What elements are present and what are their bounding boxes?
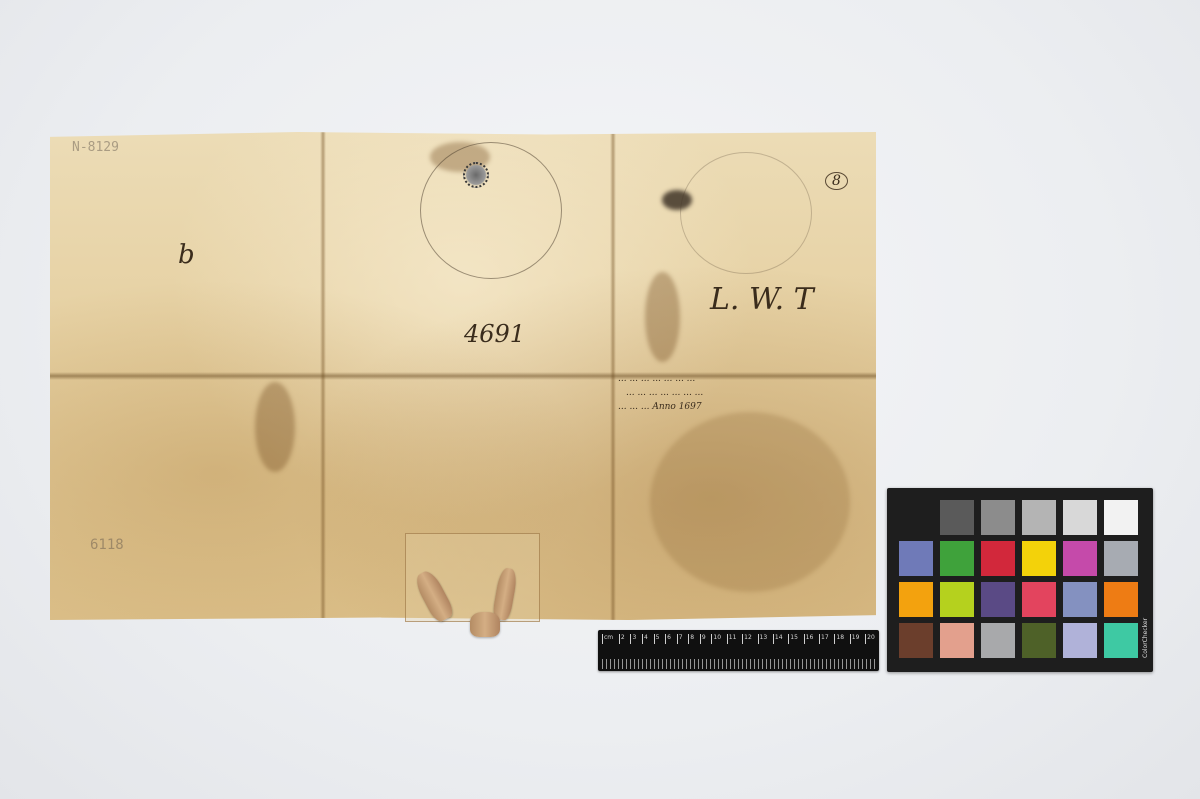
ruler-tick: 17 xyxy=(819,634,829,644)
color-checker-card: ColorChecker xyxy=(887,488,1153,672)
ruler-tick: 4 xyxy=(642,634,648,644)
fold-line xyxy=(50,372,876,380)
color-patch xyxy=(981,541,1015,576)
ruler-tick: cm xyxy=(602,634,613,644)
endorsement: ... ... ... ... ... ... ... ... ... ... … xyxy=(618,372,702,414)
stain xyxy=(650,412,850,592)
color-patch xyxy=(1104,582,1138,617)
archive-stamp-icon xyxy=(463,162,489,188)
ruler-tick: 18 xyxy=(834,634,844,644)
color-patch xyxy=(940,541,974,576)
ruler-tick: 12 xyxy=(742,634,752,644)
color-patch xyxy=(1022,582,1056,617)
color-patch xyxy=(1022,500,1056,535)
ruler-tick: 7 xyxy=(677,634,683,644)
color-patch xyxy=(940,582,974,617)
color-patch xyxy=(1063,500,1097,535)
water-stain xyxy=(255,382,295,472)
color-patch xyxy=(940,623,974,658)
ruler-scale: cm 2 3 4 5 6 7 8 9 10 11 12 13 14 15 16 … xyxy=(602,634,875,646)
seal-impression xyxy=(680,152,812,274)
ruler-tick: 14 xyxy=(773,634,783,644)
color-patch xyxy=(940,500,974,535)
letter-mark: b xyxy=(178,240,195,270)
endorsement-line: ... ... ... Anno 1697 xyxy=(618,400,702,414)
archive-number: 4691 xyxy=(464,320,525,348)
color-patch xyxy=(1104,541,1138,576)
ruler-tick: 16 xyxy=(804,634,814,644)
ruler-tick: 5 xyxy=(654,634,660,644)
color-checker-label: ColorChecker xyxy=(1142,588,1150,658)
ruler-tick: 11 xyxy=(727,634,737,644)
color-patch xyxy=(899,500,933,535)
color-patch-grid xyxy=(899,500,1138,658)
seal-impression xyxy=(420,142,562,279)
endorsement-line: ... ... ... ... ... ... ... xyxy=(626,386,710,400)
endorsement-line: ... ... ... ... ... ... ... xyxy=(618,372,702,386)
ruler-tick: 6 xyxy=(665,634,671,644)
ruler-tick: 10 xyxy=(711,634,721,644)
color-patch xyxy=(1022,541,1056,576)
inventory-number: N-8129 xyxy=(72,140,119,155)
color-patch xyxy=(899,541,933,576)
measuring-ruler: cm 2 3 4 5 6 7 8 9 10 11 12 13 14 15 16 … xyxy=(598,630,879,671)
ruler-tick: 3 xyxy=(630,634,636,644)
ruler-tick: 20 xyxy=(865,634,875,644)
ruler-tick: 15 xyxy=(788,634,798,644)
color-patch xyxy=(899,623,933,658)
color-patch xyxy=(1063,582,1097,617)
color-patch xyxy=(1104,623,1138,658)
color-patch xyxy=(899,582,933,617)
color-patch xyxy=(981,623,1015,658)
stain xyxy=(645,272,680,362)
ruler-tick: 8 xyxy=(688,634,694,644)
ruler-tick: 2 xyxy=(619,634,625,644)
ruler-tick: 9 xyxy=(700,634,706,644)
color-patch xyxy=(981,500,1015,535)
ruler-minor-ticks xyxy=(602,659,875,669)
color-patch xyxy=(981,582,1015,617)
margin-number: 6118 xyxy=(90,537,124,553)
ruler-tick: 19 xyxy=(850,634,860,644)
color-patch xyxy=(1104,500,1138,535)
initials: L. W. T xyxy=(710,282,814,317)
ruler-tick: 13 xyxy=(758,634,768,644)
corner-mark: 8 xyxy=(825,172,848,190)
color-patch xyxy=(1022,623,1056,658)
color-patch xyxy=(1063,623,1097,658)
seal-ribbon-loop xyxy=(470,612,500,637)
color-patch xyxy=(1063,541,1097,576)
